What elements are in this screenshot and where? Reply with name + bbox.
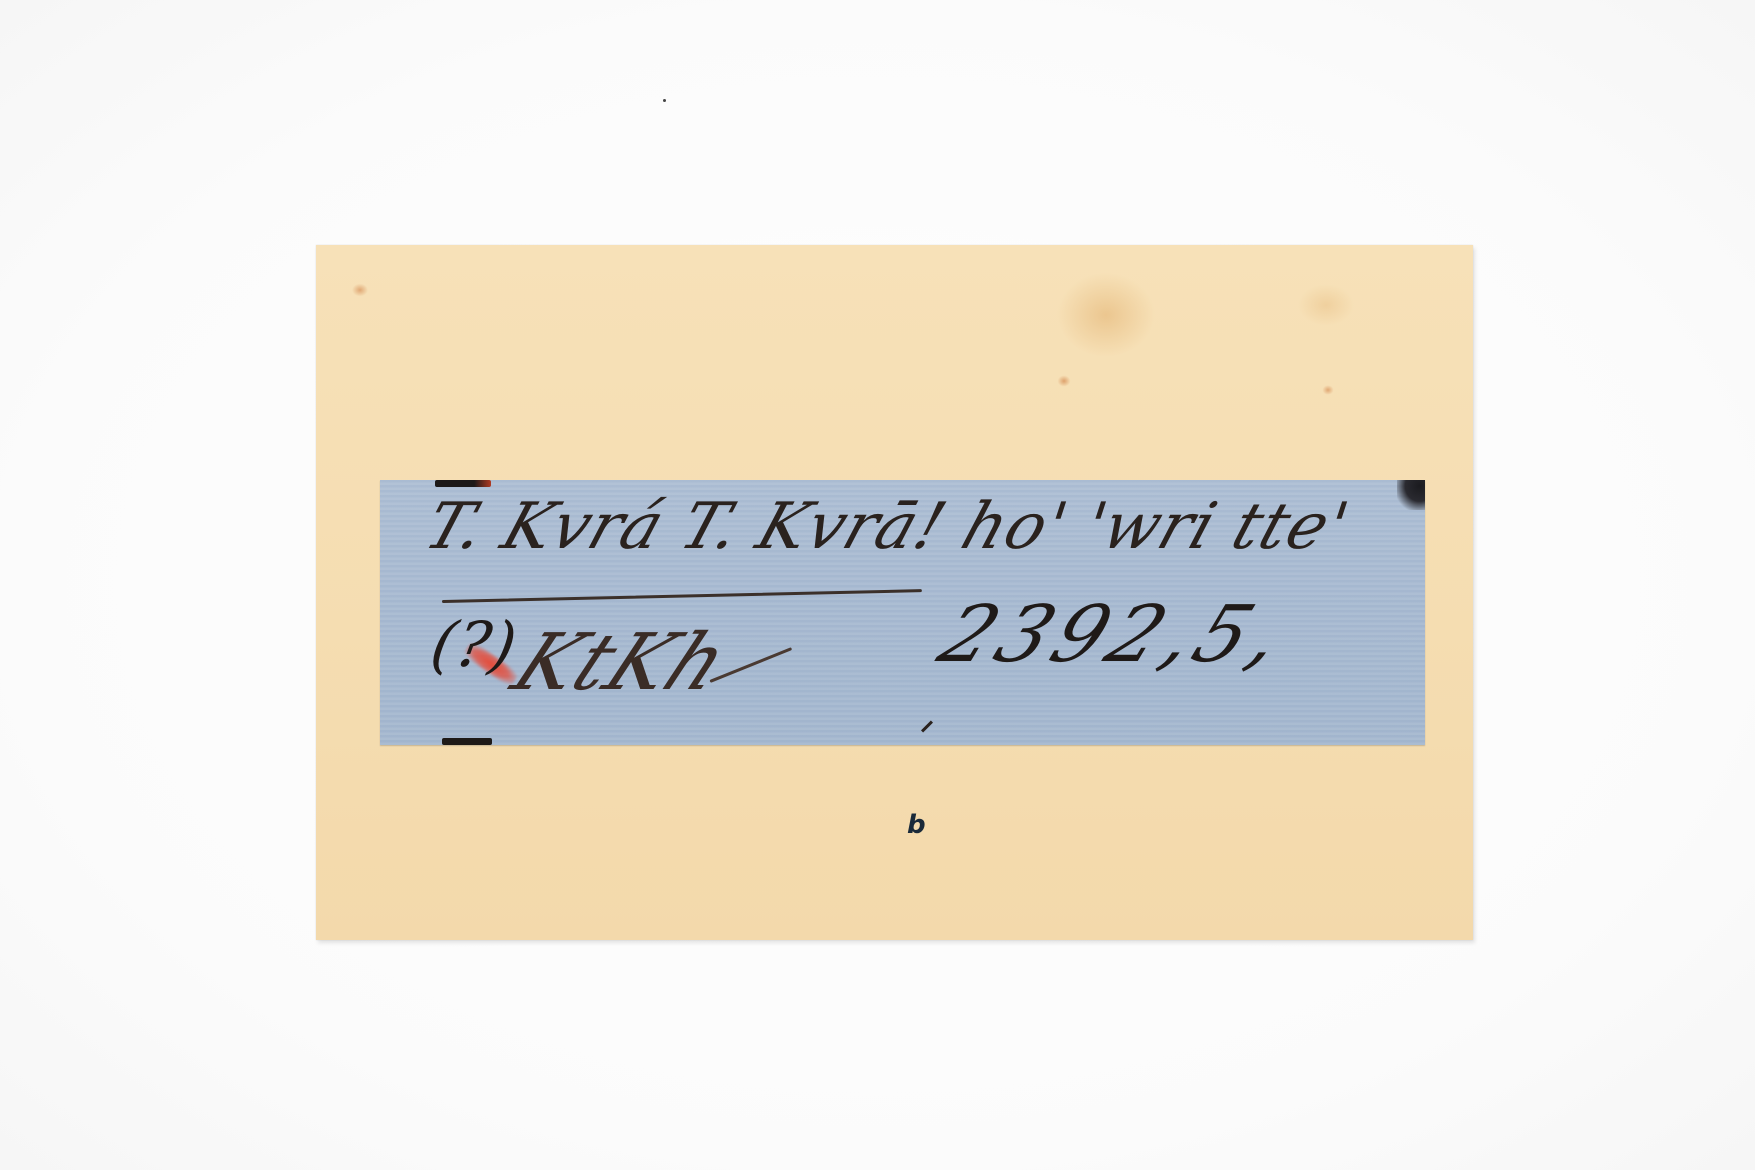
backing-paper-card: T. Kvrá T. Kvrā! ho' 'wri tte' (?) KtKh …	[316, 245, 1473, 940]
dust-speck	[663, 99, 666, 102]
handwritten-line-1: T. Kvrá T. Kvrā! ho' 'wri tte'	[416, 490, 1358, 564]
ink-stroke-fragment	[921, 720, 933, 732]
scan-background: T. Kvrá T. Kvrā! ho' 'wri tte' (?) KtKh …	[0, 0, 1755, 1170]
handwritten-signature: KtKh	[499, 618, 743, 708]
query-note: (?)	[426, 608, 523, 681]
underline-rule	[442, 589, 922, 603]
page-mark: b	[907, 810, 926, 840]
blue-paper-strip: T. Kvrá T. Kvrā! ho' 'wri tte' (?) KtKh …	[380, 480, 1425, 745]
margin-tick-bottom	[442, 738, 492, 745]
handwritten-amount: 2392,5,	[927, 590, 1303, 680]
ink-smudge	[1397, 480, 1425, 510]
margin-tick-top	[435, 480, 491, 487]
